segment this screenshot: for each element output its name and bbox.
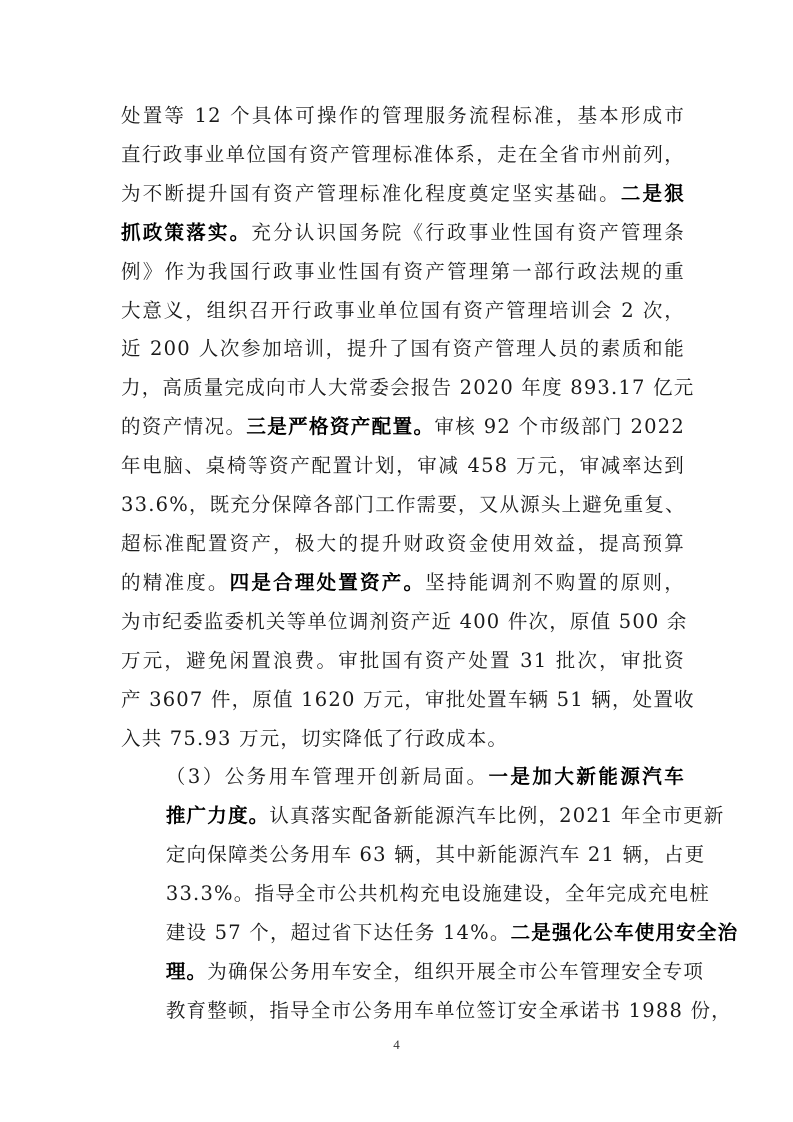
text-line: 入共 75.93 万元，切实降低了行政成本。 [121, 720, 685, 759]
text-line: 为市纪委监委机关等单位调剂资产近 400 件次，原值 500 余 [121, 603, 685, 642]
text-run: 教育整顿，指导全市公务用车单位签订安全承诺书 1988 份， [166, 999, 732, 1022]
text-line: 建设 57 个，超过省下达任务 14%。二是强化公车使用安全治 [121, 914, 685, 953]
body-text: 处置等 12 个具体可操作的管理服务流程标准，基本形成市直行政事业单位国有资产管… [121, 97, 685, 1031]
text-run: 坚持能调剂不购置的原则， [425, 571, 685, 594]
text-run: 认真落实配备新能源汽车比例，2021 年全市更新 [269, 804, 724, 827]
text-run: 审核 92 个市级部门 2022 [434, 415, 685, 438]
text-run: 近 200 人次参加培训，提升了国有资产管理人员的素质和能 [121, 337, 685, 360]
bold-heading-run: 二是狠 [621, 182, 685, 205]
text-line: 超标准配置资产，极大的提升财政资金使用效益，提高预算 [121, 525, 685, 564]
text-line: 教育整顿，指导全市公务用车单位签订安全承诺书 1988 份， [121, 992, 685, 1031]
text-run: 大意义，组织召开行政事业单位国有资产管理培训会 2 次， [121, 299, 685, 322]
text-line: 抓政策落实。充分认识国务院《行政事业性国有资产管理条 [121, 214, 685, 253]
text-run: 定向保障类公务用车 63 辆，其中新能源汽车 21 辆，占更 [166, 843, 705, 866]
text-run: 33.6%，既充分保障各部门工作需要，又从源头上避免重复、 [121, 493, 686, 516]
text-line: 33.3%。指导全市公共机构充电设施建设，全年完成充电桩 [121, 875, 685, 914]
paragraph: （3）公务用车管理开创新局面。一是加大新能源汽车推广力度。认真落实配备新能源汽车… [121, 758, 685, 1030]
text-run: 为不断提升国有资产管理标准化程度奠定坚实基础。 [121, 182, 621, 205]
bold-heading-run: 一是加大新能源汽车 [488, 765, 685, 788]
page-number: 4 [0, 1037, 793, 1053]
text-run: 的精准度。 [121, 571, 230, 594]
text-run: （3）公务用车管理开创新局面。 [166, 765, 489, 788]
bold-heading-run: 三是严格资产配置。 [246, 415, 434, 438]
bold-heading-run: 推广力度。 [166, 804, 270, 827]
text-run: 入共 75.93 万元，切实降低了行政成本。 [121, 727, 508, 750]
text-line: 为不断提升国有资产管理标准化程度奠定坚实基础。二是狠 [121, 175, 685, 214]
text-run: 产 3607 件，原值 1620 万元，审批处置车辆 51 辆，处置收 [121, 688, 695, 711]
text-line: 处置等 12 个具体可操作的管理服务流程标准，基本形成市 [121, 97, 685, 136]
paragraph: 处置等 12 个具体可操作的管理服务流程标准，基本形成市直行政事业单位国有资产管… [121, 97, 685, 758]
text-line: 的资产情况。三是严格资产配置。审核 92 个市级部门 2022 [121, 408, 685, 447]
text-run: 33.3%。指导全市公共机构充电设施建设，全年完成充电桩 [166, 882, 710, 905]
text-line: 万元，避免闲置浪费。审批国有资产处置 31 批次，审批资 [121, 642, 685, 681]
document-page: 处置等 12 个具体可操作的管理服务流程标准，基本形成市直行政事业单位国有资产管… [0, 0, 793, 1122]
text-run: 建设 57 个，超过省下达任务 14%。 [166, 921, 511, 944]
text-run: 年电脑、桌椅等资产配置计划，审减 458 万元，审减率达到 [121, 454, 685, 477]
text-run: 为市纪委监委机关等单位调剂资产近 400 件次，原值 500 余 [121, 610, 688, 633]
text-line: 近 200 人次参加培训，提升了国有资产管理人员的素质和能 [121, 330, 685, 369]
text-run: 的资产情况。 [121, 415, 246, 438]
text-line: 推广力度。认真落实配备新能源汽车比例，2021 年全市更新 [121, 797, 685, 836]
text-line: 力，高质量完成向市人大常委会报告 2020 年度 893.17 亿元 [121, 369, 685, 408]
bold-heading-run: 四是合理处置资产。 [230, 571, 426, 594]
text-run: 例》作为我国行政事业性国有资产管理第一部行政法规的重 [121, 260, 685, 283]
text-line: 定向保障类公务用车 63 辆，其中新能源汽车 21 辆，占更 [121, 836, 685, 875]
text-line: 理。为确保公务用车安全，组织开展全市公车管理安全专项 [121, 953, 685, 992]
text-line: 的精准度。四是合理处置资产。坚持能调剂不购置的原则， [121, 564, 685, 603]
bold-heading-run: 理。 [166, 960, 207, 983]
bold-heading-run: 二是强化公车使用安全治 [511, 921, 739, 944]
text-line: 例》作为我国行政事业性国有资产管理第一部行政法规的重 [121, 253, 685, 292]
text-line: 直行政事业单位国有资产管理标准体系，走在全省市州前列， [121, 136, 685, 175]
text-line: 年电脑、桌椅等资产配置计划，审减 458 万元，审减率达到 [121, 447, 685, 486]
text-run: 超标准配置资产，极大的提升财政资金使用效益，提高预算 [121, 532, 685, 555]
bold-heading-run: 抓政策落实。 [121, 221, 251, 244]
text-line: 产 3607 件，原值 1620 万元，审批处置车辆 51 辆，处置收 [121, 681, 685, 720]
text-line: 大意义，组织召开行政事业单位国有资产管理培训会 2 次， [121, 292, 685, 331]
text-line: （3）公务用车管理开创新局面。一是加大新能源汽车 [121, 758, 685, 797]
text-run: 为确保公务用车安全，组织开展全市公车管理安全专项 [207, 960, 704, 983]
text-run: 处置等 12 个具体可操作的管理服务流程标准，基本形成市 [121, 104, 685, 127]
text-line: 33.6%，既充分保障各部门工作需要，又从源头上避免重复、 [121, 486, 685, 525]
text-run: 力，高质量完成向市人大常委会报告 2020 年度 893.17 亿元 [121, 376, 694, 399]
text-run: 万元，避免闲置浪费。审批国有资产处置 31 批次，审批资 [121, 649, 685, 672]
text-run: 充分认识国务院《行政事业性国有资产管理条 [251, 221, 685, 244]
text-run: 直行政事业单位国有资产管理标准体系，走在全省市州前列， [121, 143, 685, 166]
